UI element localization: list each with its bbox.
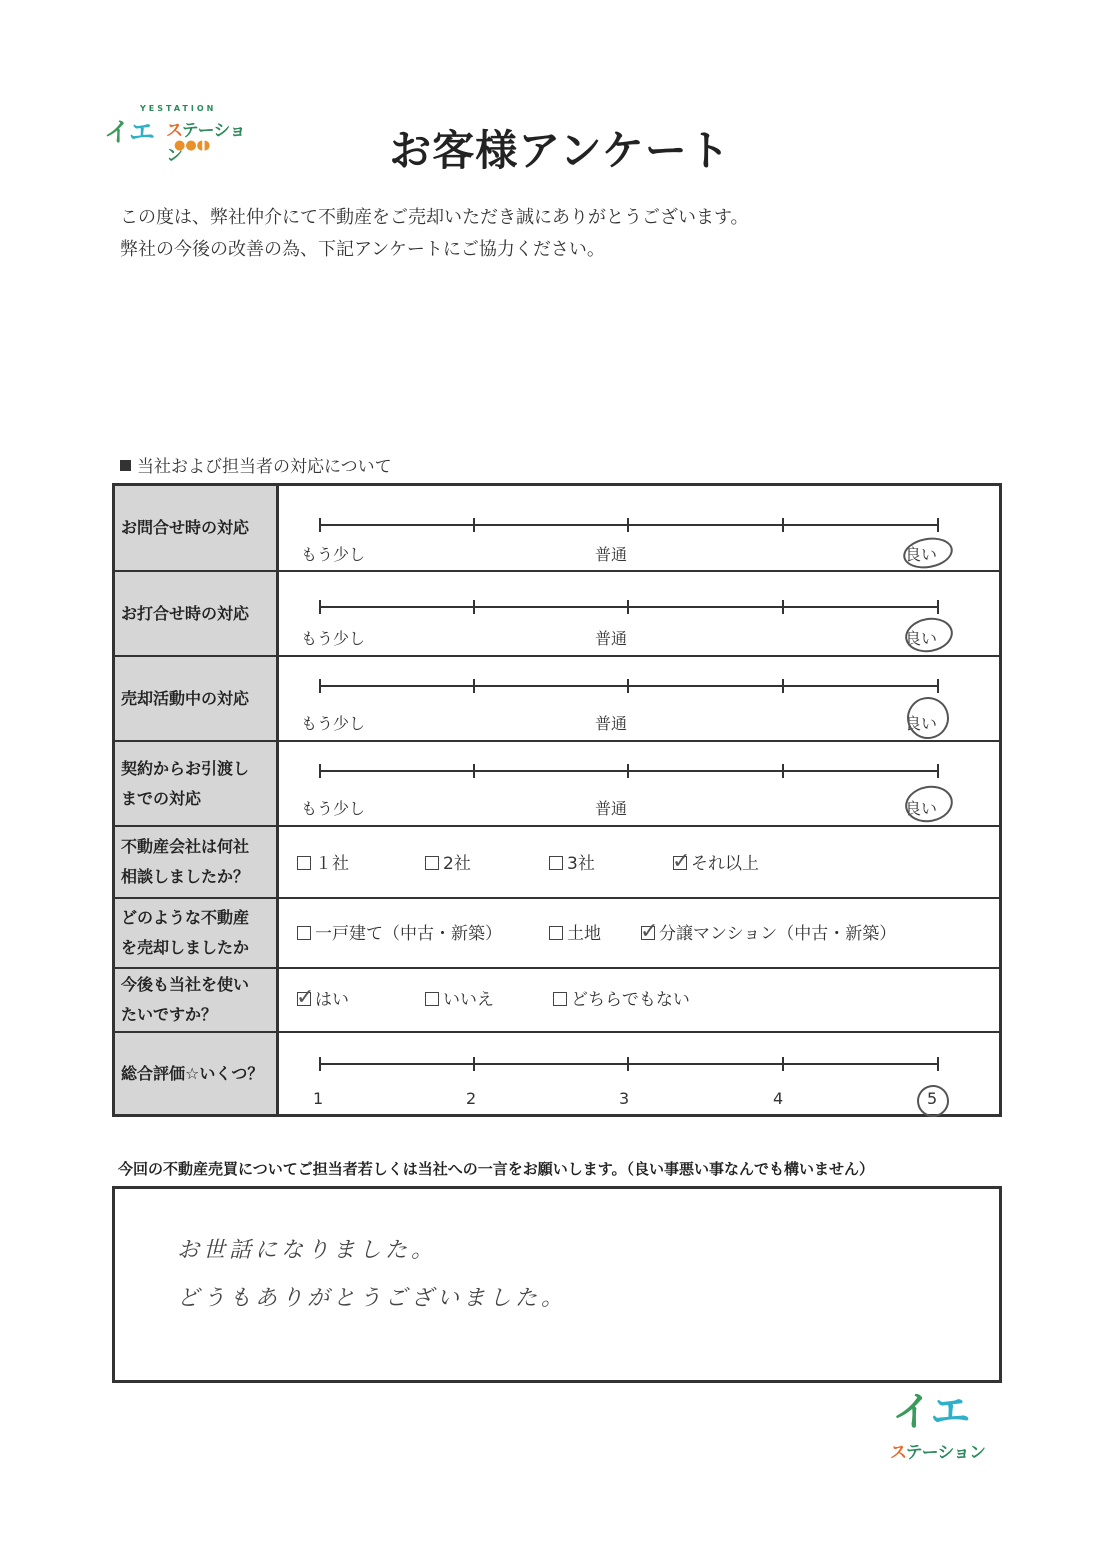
scale-label-low: もう少し xyxy=(301,626,365,649)
comment-box[interactable]: お世話になりました。 どうもありがとうございました。 xyxy=(112,1186,1002,1383)
checkbox[interactable] xyxy=(425,992,439,1006)
scale-label-low: もう少し xyxy=(301,711,365,734)
row-label: お問合せ時の対応 xyxy=(115,486,279,570)
logo-station-text: ステーション xyxy=(890,1438,985,1463)
options-cell: ✓はい いいえ どちらでもない xyxy=(279,969,999,1031)
option-more-companies[interactable]: ✓それ以上 xyxy=(673,849,759,874)
options-cell: １社 2社 3社 ✓それ以上 xyxy=(279,827,999,897)
scale-label-mid: 普通 xyxy=(595,626,627,649)
overall-rating-scale[interactable] xyxy=(319,1063,939,1065)
square-bullet-icon xyxy=(120,460,131,471)
scale-label-mid: 普通 xyxy=(595,542,627,565)
rating-row-contract-to-handover: 契約からお引渡しまでの対応 もう少し 普通 良い xyxy=(115,742,999,827)
checkbox[interactable] xyxy=(549,926,563,940)
question-row-companies: 不動産会社は何社相談しましたか？ １社 2社 3社 ✓それ以上 xyxy=(115,827,999,899)
checkbox[interactable] xyxy=(297,856,311,870)
handwritten-comment-line-1: お世話になりました。 xyxy=(177,1233,437,1264)
scale-label-mid: 普通 xyxy=(595,711,627,734)
option-detached-house[interactable]: 一戸建て（中古・新築） xyxy=(297,919,502,944)
rating-row-inquiry: お問合せ時の対応 もう少し 普通 良い xyxy=(115,486,999,572)
checkbox-checked[interactable]: ✓ xyxy=(641,926,655,940)
row-label: 不動産会社は何社相談しましたか？ xyxy=(115,827,279,897)
rating-scale-cell[interactable]: もう少し 普通 良い xyxy=(279,572,999,655)
check-mark-icon: ✓ xyxy=(672,849,690,874)
row-label: 総合評価☆いくつ？ xyxy=(115,1033,279,1114)
option-3-companies[interactable]: 3社 xyxy=(549,849,595,874)
comment-heading: 今回の不動産売買についてご担当者若しくは当社への一言をお願いします。（良い事悪い… xyxy=(118,1158,874,1179)
checkbox[interactable] xyxy=(553,992,567,1006)
page-title: お客様アンケート xyxy=(0,118,1100,178)
option-yes[interactable]: ✓はい xyxy=(297,985,349,1010)
row-label: お打合せ時の対応 xyxy=(115,572,279,655)
option-condominium[interactable]: ✓分譲マンション（中古・新築） xyxy=(641,919,896,944)
checkbox-checked[interactable]: ✓ xyxy=(673,856,687,870)
intro-line-2: 弊社の今後の改善の為、下記アンケートにご協力ください。 xyxy=(120,234,749,266)
rating-scale-cell[interactable]: 1 2 3 4 5 xyxy=(279,1033,999,1114)
checkbox[interactable] xyxy=(549,856,563,870)
checkbox[interactable] xyxy=(297,926,311,940)
rating-scale-cell[interactable]: もう少し 普通 良い xyxy=(279,742,999,825)
scale-label-low: もう少し xyxy=(301,796,365,819)
intro-line-1: この度は、弊社仲介にて不動産をご売却いただき誠にありがとうございます。 xyxy=(120,202,749,234)
row-label: 売却活動中の対応 xyxy=(115,657,279,740)
rating-row-sales-activity: 売却活動中の対応 もう少し 普通 良い xyxy=(115,657,999,742)
option-1-company[interactable]: １社 xyxy=(297,849,349,874)
rating-scale[interactable] xyxy=(319,770,939,772)
question-row-property-type: どのような不動産を売却しましたか 一戸建て（中古・新築） 土地 ✓分譲マンション… xyxy=(115,899,999,969)
selected-circle-mark xyxy=(902,614,955,656)
row-label: 今後も当社を使いたいですか？ xyxy=(115,969,279,1031)
section-heading: 当社および担当者の対応について xyxy=(120,452,392,477)
selected-circle-mark xyxy=(904,694,953,743)
options-cell: 一戸建て（中古・新築） 土地 ✓分譲マンション（中古・新築） xyxy=(279,899,999,967)
option-no[interactable]: いいえ xyxy=(425,985,494,1010)
rating-scale[interactable] xyxy=(319,685,939,687)
checkbox[interactable] xyxy=(425,856,439,870)
checkbox-checked[interactable]: ✓ xyxy=(297,992,311,1006)
rating-scale[interactable] xyxy=(319,606,939,608)
question-row-reuse: 今後も当社を使いたいですか？ ✓はい いいえ どちらでもない xyxy=(115,969,999,1033)
scale-label-low: もう少し xyxy=(301,542,365,565)
option-2-companies[interactable]: 2社 xyxy=(425,849,471,874)
row-label: 契約からお引渡しまでの対応 xyxy=(115,742,279,825)
logo-ie-mark: イエ xyxy=(892,1390,970,1434)
rating-scale-cell[interactable]: もう少し 普通 良い xyxy=(279,657,999,740)
row-label: どのような不動産を売却しましたか xyxy=(115,899,279,967)
scale-label-mid: 普通 xyxy=(595,796,627,819)
rating-row-meeting: お打合せ時の対応 もう少し 普通 良い xyxy=(115,572,999,657)
rating-scale[interactable] xyxy=(319,524,939,526)
tick-label-4: 4 xyxy=(773,1089,783,1108)
survey-table: お問合せ時の対応 もう少し 普通 良い お打合せ時の対応 もう少し 普通 良い … xyxy=(112,483,1002,1117)
option-neither[interactable]: どちらでもない xyxy=(553,985,690,1010)
intro-text: この度は、弊社仲介にて不動産をご売却いただき誠にありがとうございます。 弊社の今… xyxy=(120,202,749,266)
rating-scale-cell[interactable]: もう少し 普通 良い xyxy=(279,486,999,570)
tick-label-2: 2 xyxy=(466,1089,476,1108)
tick-label-3: 3 xyxy=(619,1089,629,1108)
selected-circle-mark xyxy=(902,782,956,826)
check-mark-icon: ✓ xyxy=(296,985,314,1010)
question-row-overall-rating: 総合評価☆いくつ？ 1 2 3 4 5 xyxy=(115,1033,999,1114)
handwritten-comment-line-2: どうもありがとうございました。 xyxy=(177,1281,567,1312)
check-mark-icon: ✓ xyxy=(640,919,658,944)
company-logo-bottom: イエ ステーション xyxy=(890,1390,1000,1465)
selected-circle-mark xyxy=(914,1082,951,1119)
selected-circle-mark xyxy=(901,534,955,572)
option-land[interactable]: 土地 xyxy=(549,919,601,944)
tick-label-1: 1 xyxy=(313,1089,323,1108)
